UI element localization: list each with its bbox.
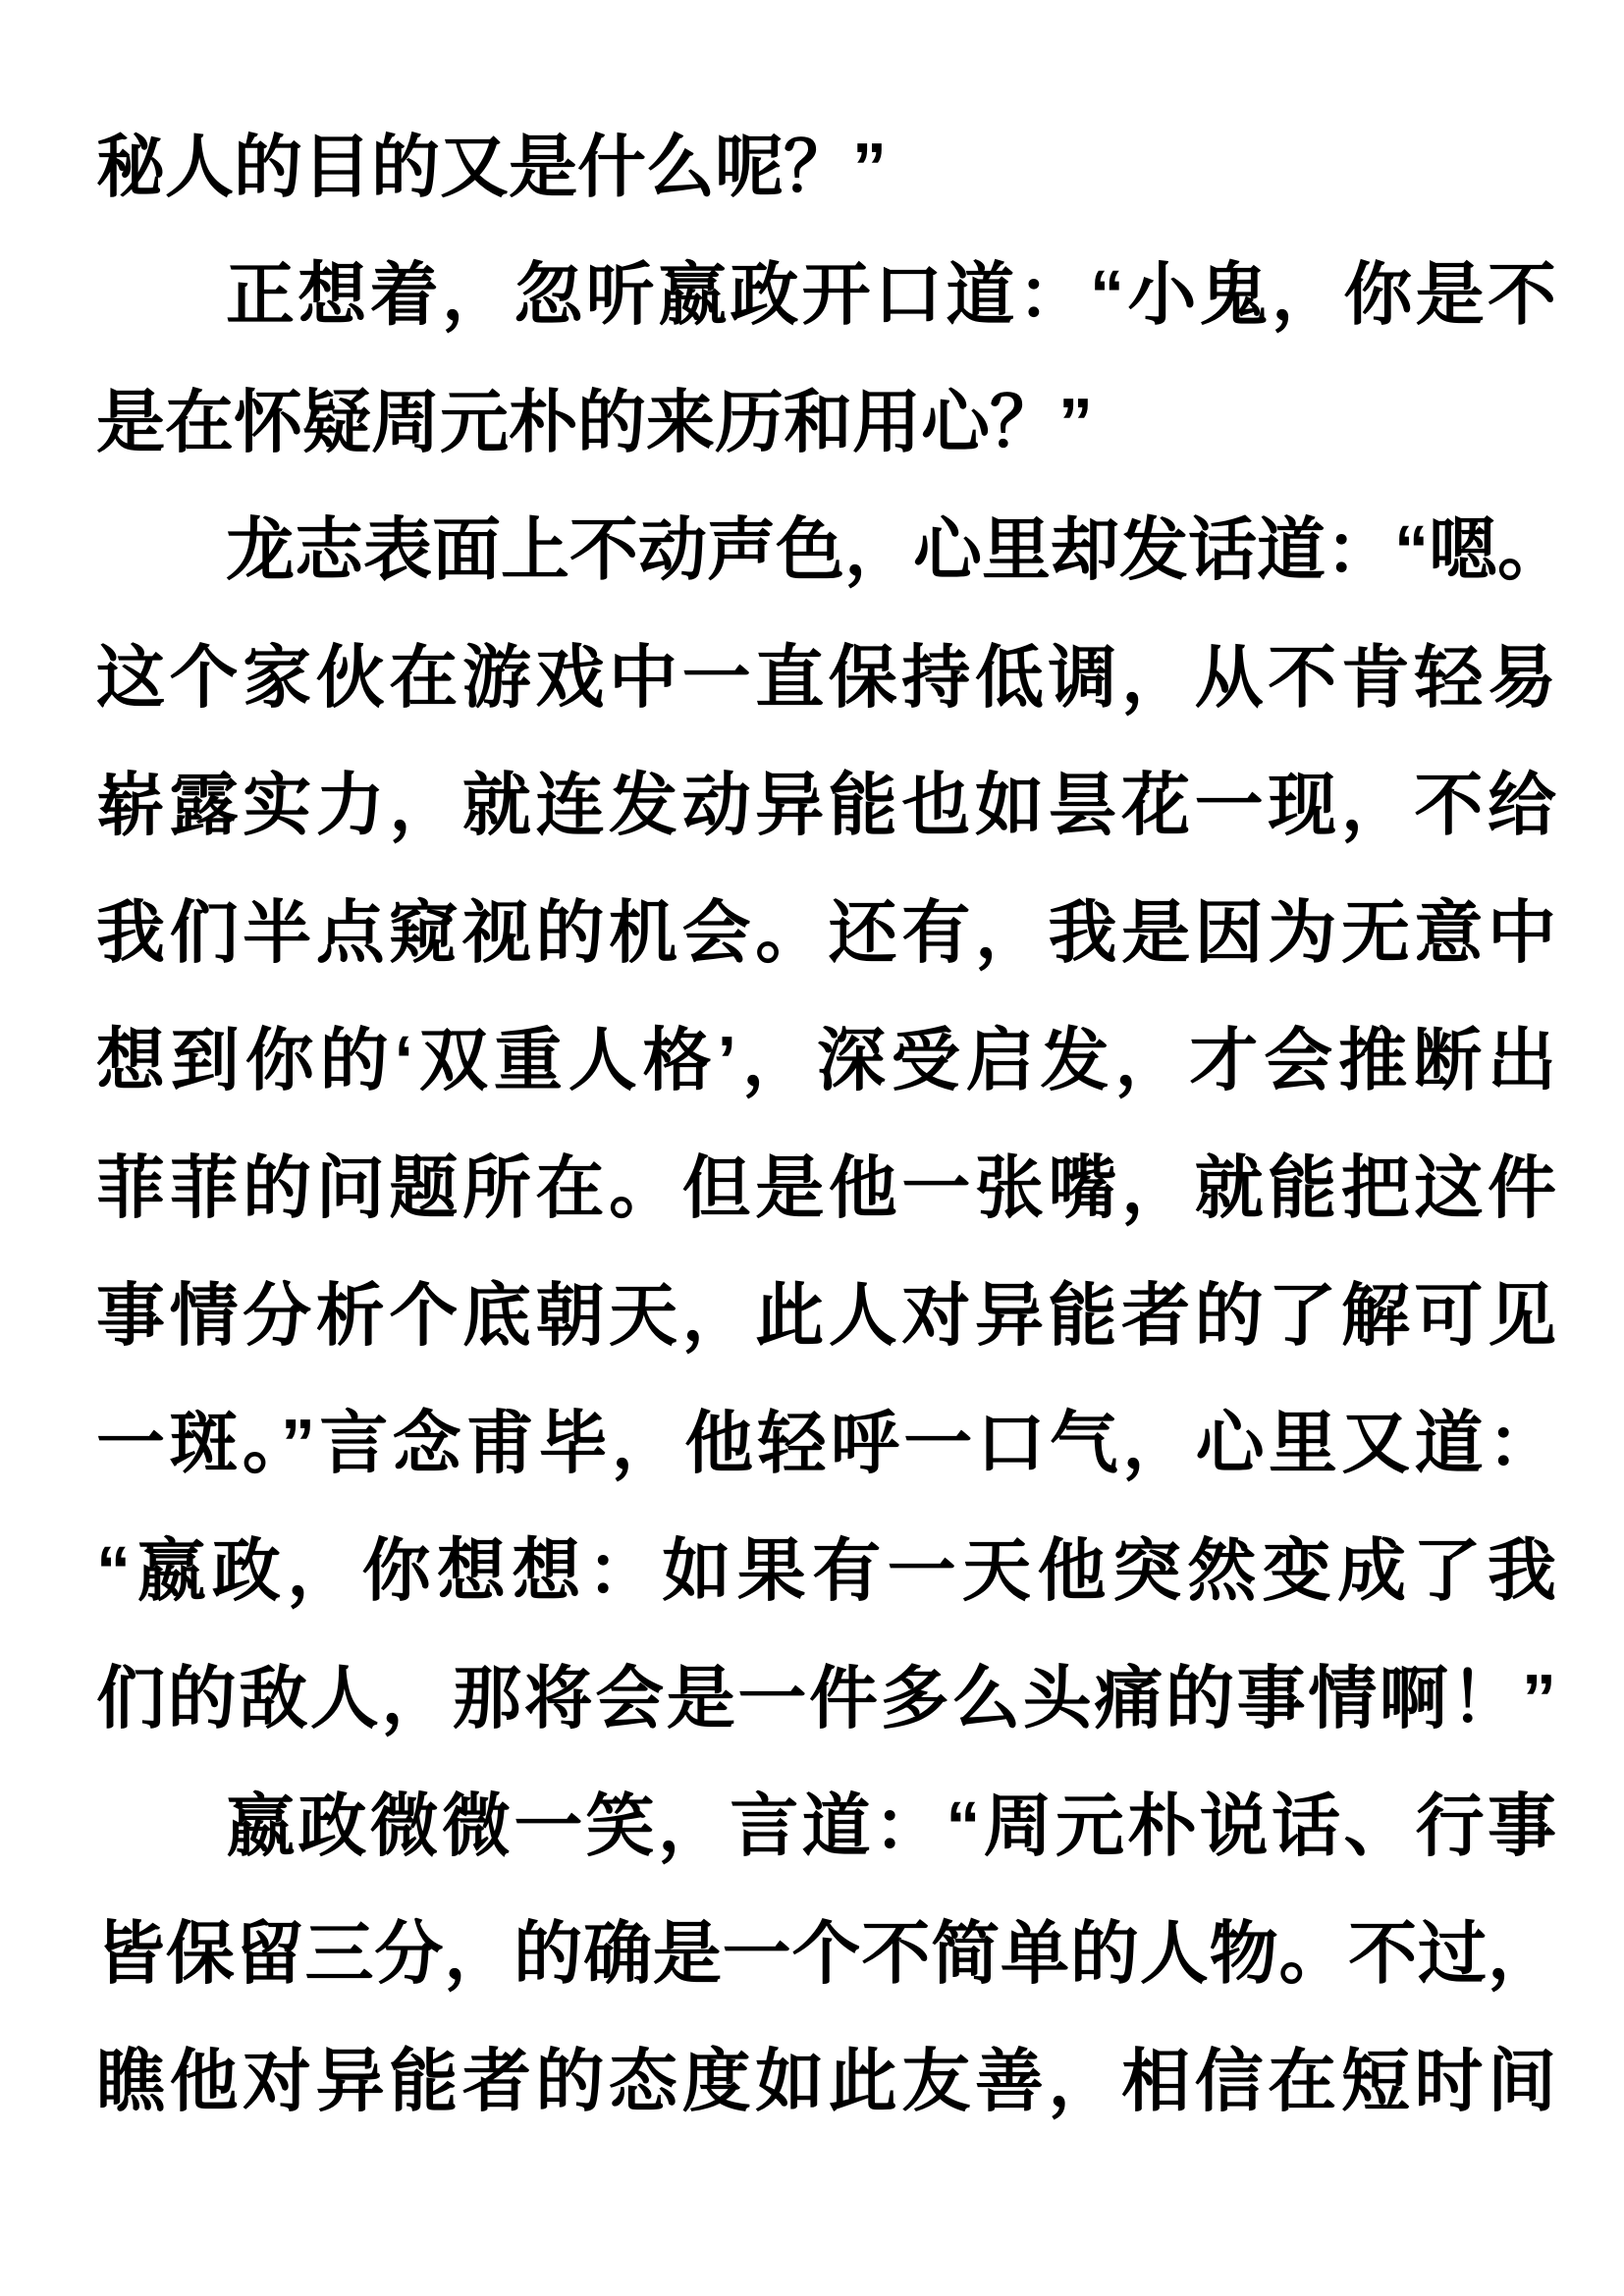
- text-line: 想到你的‘双重人格’，深受启发，才会推断出: [96, 996, 1556, 1124]
- text-line: 皆保留三分，的确是一个不简单的人物。不过，: [96, 1890, 1556, 2017]
- text-line: 嬴政微微一笑，言道：“周元朴说话、行事: [96, 1762, 1556, 1890]
- text-line: 这个家伙在游戏中一直保持低调，从不肯轻易: [96, 614, 1556, 741]
- text-line: 们的敌人，那将会是一件多么头痛的事情啊！”: [96, 1634, 1556, 1762]
- text-line: 秘人的目的又是什么呢？”: [96, 103, 1556, 231]
- text-line: “嬴政，你想想：如果有一天他突然变成了我: [96, 1507, 1556, 1634]
- book-page: 秘人的目的又是什么呢？” 正想着，忽听嬴政开口道：“小鬼，你是不 是在怀疑周元朴…: [0, 0, 1624, 2296]
- text-line: 崭露实力，就连发动异能也如昙花一现，不给: [96, 741, 1556, 869]
- text-line: 一斑。”言念甫毕，他轻呼一口气，心里又道：: [96, 1379, 1556, 1507]
- text-line: 正想着，忽听嬴政开口道：“小鬼，你是不: [96, 231, 1556, 358]
- text-block: 秘人的目的又是什么呢？” 正想着，忽听嬴政开口道：“小鬼，你是不 是在怀疑周元朴…: [96, 103, 1556, 2145]
- text-line: 瞧他对异能者的态度如此友善，相信在短时间: [96, 2017, 1556, 2145]
- text-line: 事情分析个底朝天，此人对异能者的了解可见: [96, 1252, 1556, 1379]
- text-line: 是在怀疑周元朴的来历和用心？”: [96, 358, 1556, 486]
- text-line: 菲菲的问题所在。但是他一张嘴，就能把这件: [96, 1124, 1556, 1252]
- text-line: 龙志表面上不动声色，心里却发话道：“嗯。: [96, 486, 1556, 614]
- text-line: 我们半点窥视的机会。还有，我是因为无意中: [96, 869, 1556, 996]
